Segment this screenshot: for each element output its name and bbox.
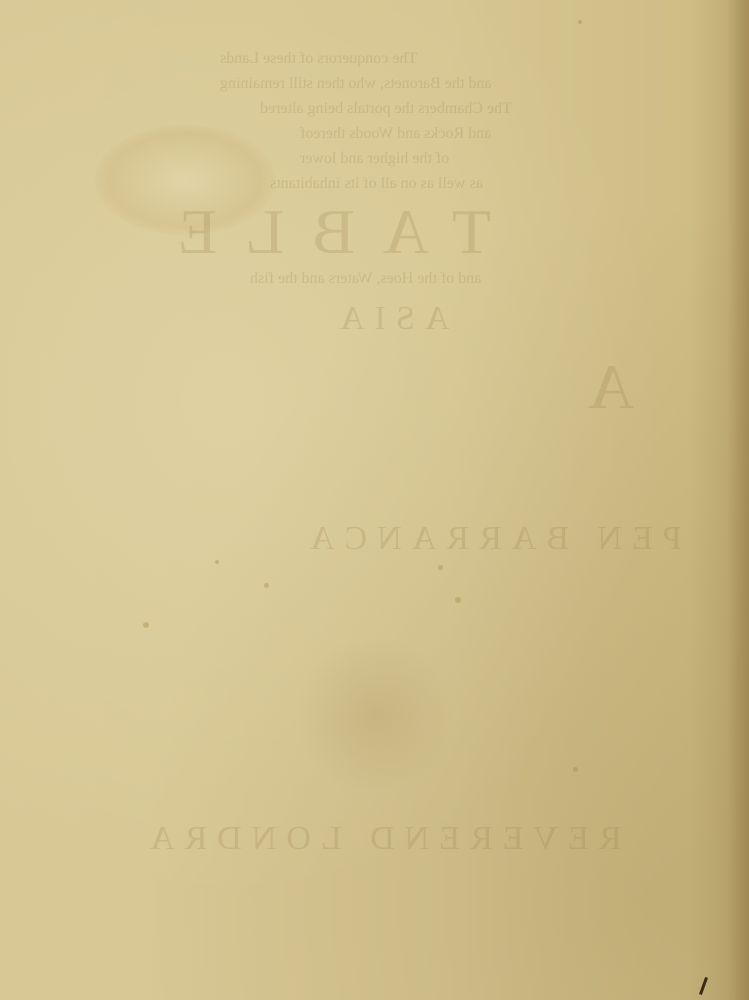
foxing-spot — [438, 565, 443, 570]
ghost-line-1: The conquerors of these Lands — [220, 50, 417, 68]
page-gutter-shadow — [727, 0, 749, 1000]
ghost-line-5: of the higher and lower — [300, 150, 449, 168]
foxing-spot — [264, 583, 269, 588]
foxing-spot — [573, 767, 578, 772]
paper-tear — [699, 977, 708, 995]
ghost-subtitle-1: ASIA — [330, 300, 449, 338]
ghost-line-7: and of the Hoes, Waters and the fish — [250, 270, 481, 288]
scanned-page: The conquerors of these Lands and the Ba… — [0, 0, 749, 1000]
foxing-spot — [455, 597, 461, 603]
ghost-line-2: and the Baronets, who then still remaini… — [220, 75, 492, 93]
ghost-line-6: as well as on all of its inhabitants — [270, 175, 483, 193]
foxing-spot — [578, 20, 582, 24]
ghost-lower-heading: PEN BARRANCA — [300, 520, 682, 558]
ghost-line-3: The Chambers the portals being altered — [260, 100, 512, 118]
ghost-imprint: REVEREND LONDRA — [140, 820, 621, 858]
ghost-subtitle-2: A — [560, 350, 634, 424]
ghost-ornament — [290, 640, 460, 790]
ghost-line-4: and Rocks and Woods thereof — [300, 125, 491, 143]
foxing-spot — [215, 560, 219, 564]
ghost-title: TABLE — [150, 195, 491, 269]
foxing-spot — [143, 622, 149, 628]
